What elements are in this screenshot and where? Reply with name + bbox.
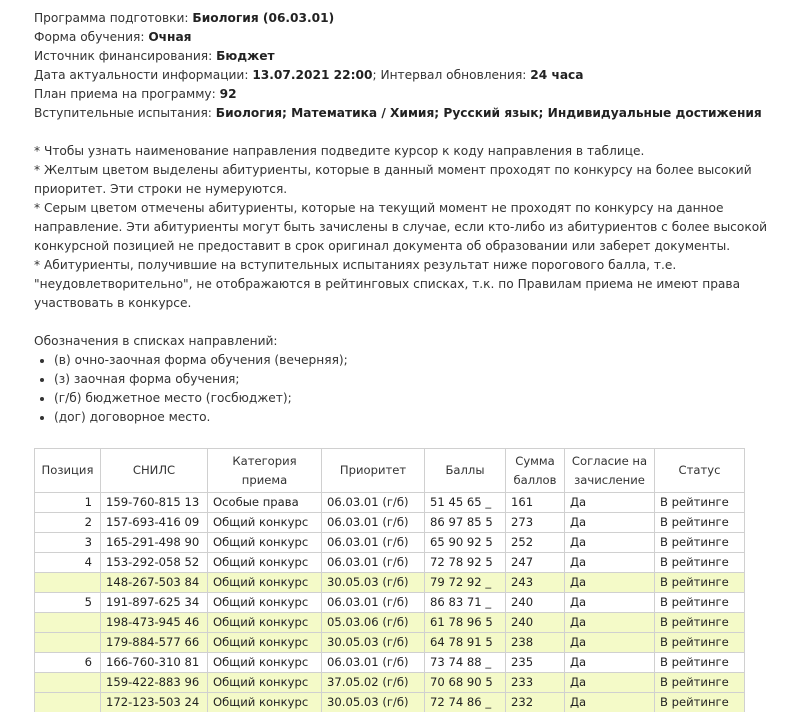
cell-category: Общий конкурс bbox=[208, 533, 322, 553]
cell-sum: 247 bbox=[506, 553, 565, 573]
table-row-highlighted: 179-884-577 66Общий конкурс30.05.03 (г/б… bbox=[35, 633, 745, 653]
cell-snils: 159-422-883 96 bbox=[101, 673, 208, 693]
cell-priority[interactable]: 30.05.03 (г/б) bbox=[322, 633, 425, 653]
legend-title: Обозначения в списках направлений: bbox=[34, 332, 774, 351]
cell-sum: 240 bbox=[506, 613, 565, 633]
note-line: * Желтым цветом выделены абитуриенты, ко… bbox=[34, 161, 774, 180]
date-line: Дата актуальности информации: 13.07.2021… bbox=[34, 66, 774, 85]
cell-status: В рейтинге bbox=[655, 593, 745, 613]
cell-category: Общий конкурс bbox=[208, 653, 322, 673]
plan-line: План приема на программу: 92 bbox=[34, 85, 774, 104]
table-row-highlighted: 198-473-945 46Общий конкурс05.03.06 (г/б… bbox=[35, 613, 745, 633]
cell-position bbox=[35, 613, 101, 633]
header-position: Позиция bbox=[35, 449, 101, 493]
cell-consent: Да bbox=[565, 553, 655, 573]
cell-category: Общий конкурс bbox=[208, 513, 322, 533]
cell-status: В рейтинге bbox=[655, 493, 745, 513]
cell-status: В рейтинге bbox=[655, 653, 745, 673]
table-row-highlighted: 172-123-503 24Общий конкурс30.05.03 (г/б… bbox=[35, 693, 745, 712]
legend-item: (з) заочная форма обучения; bbox=[40, 370, 774, 389]
program-value: Биология (06.03.01) bbox=[192, 11, 334, 25]
cell-category: Общий конкурс bbox=[208, 633, 322, 653]
cell-category: Общий конкурс bbox=[208, 613, 322, 633]
cell-status: В рейтинге bbox=[655, 693, 745, 712]
cell-scores: 86 97 85 5 bbox=[425, 513, 506, 533]
cell-scores: 65 90 92 5 bbox=[425, 533, 506, 553]
legend-item: (г/б) бюджетное место (госбюджет); bbox=[40, 389, 774, 408]
cell-consent: Да bbox=[565, 633, 655, 653]
cell-consent: Да bbox=[565, 653, 655, 673]
table-row: 4153-292-058 52Общий конкурс06.03.01 (г/… bbox=[35, 553, 745, 573]
cell-priority[interactable]: 30.05.03 (г/б) bbox=[322, 693, 425, 712]
cell-position: 6 bbox=[35, 653, 101, 673]
legend-item: (дог) договорное место. bbox=[40, 408, 774, 427]
table-header-row: Позиция СНИЛС Категория приема Приоритет… bbox=[35, 449, 745, 493]
cell-status: В рейтинге bbox=[655, 573, 745, 593]
table-row-highlighted: 148-267-503 84Общий конкурс30.05.03 (г/б… bbox=[35, 573, 745, 593]
note-line: "неудовлетворительно", не отображаются в… bbox=[34, 275, 774, 294]
cell-priority[interactable]: 06.03.01 (г/б) bbox=[322, 493, 425, 513]
plan-label: План приема на программу: bbox=[34, 87, 216, 101]
cell-snils: 153-292-058 52 bbox=[101, 553, 208, 573]
cell-category: Общий конкурс bbox=[208, 553, 322, 573]
cell-priority[interactable]: 30.05.03 (г/б) bbox=[322, 573, 425, 593]
cell-scores: 79 72 92 _ bbox=[425, 573, 506, 593]
cell-consent: Да bbox=[565, 513, 655, 533]
cell-scores: 72 74 86 _ bbox=[425, 693, 506, 712]
cell-consent: Да bbox=[565, 493, 655, 513]
cell-category: Общий конкурс bbox=[208, 673, 322, 693]
form-value: Очная bbox=[148, 30, 191, 44]
table-row: 2157-693-416 09Общий конкурс06.03.01 (г/… bbox=[35, 513, 745, 533]
program-info: Программа подготовки: Биология (06.03.01… bbox=[34, 9, 774, 123]
header-priority: Приоритет bbox=[322, 449, 425, 493]
cell-category: Общий конкурс bbox=[208, 693, 322, 712]
cell-sum: 161 bbox=[506, 493, 565, 513]
legend-list: (в) очно-заочная форма обучения (вечерня… bbox=[34, 351, 774, 427]
note-line: * Абитуриенты, получившие на вступительн… bbox=[34, 256, 774, 275]
note-line: направление. Эти абитуриенты могут быть … bbox=[34, 218, 774, 237]
cell-snils: 157-693-416 09 bbox=[101, 513, 208, 533]
cell-priority[interactable]: 06.03.01 (г/б) bbox=[322, 553, 425, 573]
header-category: Категория приема bbox=[208, 449, 322, 493]
notes-block: * Чтобы узнать наименование направления … bbox=[34, 142, 774, 313]
cell-consent: Да bbox=[565, 573, 655, 593]
table-row: 3165-291-498 90Общий конкурс06.03.01 (г/… bbox=[35, 533, 745, 553]
cell-position: 4 bbox=[35, 553, 101, 573]
cell-category: Особые права bbox=[208, 493, 322, 513]
legend-item: (в) очно-заочная форма обучения (вечерня… bbox=[40, 351, 774, 370]
cell-priority[interactable]: 06.03.01 (г/б) bbox=[322, 593, 425, 613]
cell-scores: 72 78 92 5 bbox=[425, 553, 506, 573]
cell-snils: 166-760-310 81 bbox=[101, 653, 208, 673]
cell-scores: 70 68 90 5 bbox=[425, 673, 506, 693]
cell-position: 5 bbox=[35, 593, 101, 613]
cell-snils: 179-884-577 66 bbox=[101, 633, 208, 653]
date-value: 13.07.2021 22:00 bbox=[252, 68, 372, 82]
cell-status: В рейтинге bbox=[655, 613, 745, 633]
rating-table: Позиция СНИЛС Категория приема Приоритет… bbox=[34, 448, 745, 712]
cell-snils: 198-473-945 46 bbox=[101, 613, 208, 633]
interval-label: ; Интервал обновления: bbox=[372, 68, 526, 82]
table-row: 1159-760-815 13Особые права06.03.01 (г/б… bbox=[35, 493, 745, 513]
cell-status: В рейтинге bbox=[655, 633, 745, 653]
header-scores: Баллы bbox=[425, 449, 506, 493]
program-line: Программа подготовки: Биология (06.03.01… bbox=[34, 9, 774, 28]
cell-snils: 159-760-815 13 bbox=[101, 493, 208, 513]
note-line: участвовать в конкурсе. bbox=[34, 294, 774, 313]
cell-category: Общий конкурс bbox=[208, 573, 322, 593]
plan-value: 92 bbox=[220, 87, 237, 101]
cell-status: В рейтинге bbox=[655, 533, 745, 553]
header-snils: СНИЛС bbox=[101, 449, 208, 493]
cell-position: 2 bbox=[35, 513, 101, 533]
cell-priority[interactable]: 06.03.01 (г/б) bbox=[322, 653, 425, 673]
cell-category: Общий конкурс bbox=[208, 593, 322, 613]
cell-scores: 51 45 65 _ bbox=[425, 493, 506, 513]
cell-position bbox=[35, 633, 101, 653]
cell-position: 1 bbox=[35, 493, 101, 513]
cell-snils: 148-267-503 84 bbox=[101, 573, 208, 593]
cell-consent: Да bbox=[565, 613, 655, 633]
table-row: 6166-760-310 81Общий конкурс06.03.01 (г/… bbox=[35, 653, 745, 673]
page-content: Программа подготовки: Биология (06.03.01… bbox=[34, 9, 774, 427]
cell-consent: Да bbox=[565, 693, 655, 712]
cell-snils: 191-897-625 34 bbox=[101, 593, 208, 613]
cell-sum: 240 bbox=[506, 593, 565, 613]
cell-sum: 232 bbox=[506, 693, 565, 712]
cell-position bbox=[35, 693, 101, 712]
exams-line: Вступительные испытания: Биология; Матем… bbox=[34, 104, 774, 123]
cell-consent: Да bbox=[565, 593, 655, 613]
note-line: * Чтобы узнать наименование направления … bbox=[34, 142, 774, 161]
date-label: Дата актуальности информации: bbox=[34, 68, 248, 82]
cell-priority[interactable]: 06.03.01 (г/б) bbox=[322, 533, 425, 553]
cell-status: В рейтинге bbox=[655, 673, 745, 693]
funding-line: Источник финансирования: Бюджет bbox=[34, 47, 774, 66]
cell-position: 3 bbox=[35, 533, 101, 553]
cell-consent: Да bbox=[565, 533, 655, 553]
header-sum: Сумма баллов bbox=[506, 449, 565, 493]
cell-scores: 86 83 71 _ bbox=[425, 593, 506, 613]
funding-value: Бюджет bbox=[216, 49, 274, 63]
cell-sum: 273 bbox=[506, 513, 565, 533]
note-line: конкурсной позицией не предоставит в сро… bbox=[34, 237, 774, 256]
interval-value: 24 часа bbox=[530, 68, 583, 82]
cell-priority[interactable]: 06.03.01 (г/б) bbox=[322, 513, 425, 533]
cell-priority[interactable]: 05.03.06 (г/б) bbox=[322, 613, 425, 633]
cell-scores: 73 74 88 _ bbox=[425, 653, 506, 673]
cell-position bbox=[35, 573, 101, 593]
note-line: приоритет. Эти строки не нумеруются. bbox=[34, 180, 774, 199]
exams-label: Вступительные испытания: bbox=[34, 106, 212, 120]
cell-status: В рейтинге bbox=[655, 513, 745, 533]
program-label: Программа подготовки: bbox=[34, 11, 189, 25]
header-status: Статус bbox=[655, 449, 745, 493]
cell-scores: 61 78 96 5 bbox=[425, 613, 506, 633]
form-label: Форма обучения: bbox=[34, 30, 144, 44]
cell-consent: Да bbox=[565, 673, 655, 693]
cell-status: В рейтинге bbox=[655, 553, 745, 573]
cell-sum: 243 bbox=[506, 573, 565, 593]
cell-priority[interactable]: 37.05.02 (г/б) bbox=[322, 673, 425, 693]
cell-sum: 238 bbox=[506, 633, 565, 653]
table-body: 1159-760-815 13Особые права06.03.01 (г/б… bbox=[35, 493, 745, 712]
cell-sum: 252 bbox=[506, 533, 565, 553]
funding-label: Источник финансирования: bbox=[34, 49, 212, 63]
header-consent: Согласие на зачисление bbox=[565, 449, 655, 493]
cell-snils: 172-123-503 24 bbox=[101, 693, 208, 712]
form-line: Форма обучения: Очная bbox=[34, 28, 774, 47]
exams-value: Биология; Математика / Химия; Русский яз… bbox=[216, 106, 762, 120]
cell-snils: 165-291-498 90 bbox=[101, 533, 208, 553]
cell-position bbox=[35, 673, 101, 693]
table-row: 5191-897-625 34Общий конкурс06.03.01 (г/… bbox=[35, 593, 745, 613]
cell-scores: 64 78 91 5 bbox=[425, 633, 506, 653]
table-row-highlighted: 159-422-883 96Общий конкурс37.05.02 (г/б… bbox=[35, 673, 745, 693]
cell-sum: 233 bbox=[506, 673, 565, 693]
note-line: * Серым цветом отмечены абитуриенты, кот… bbox=[34, 199, 774, 218]
cell-sum: 235 bbox=[506, 653, 565, 673]
